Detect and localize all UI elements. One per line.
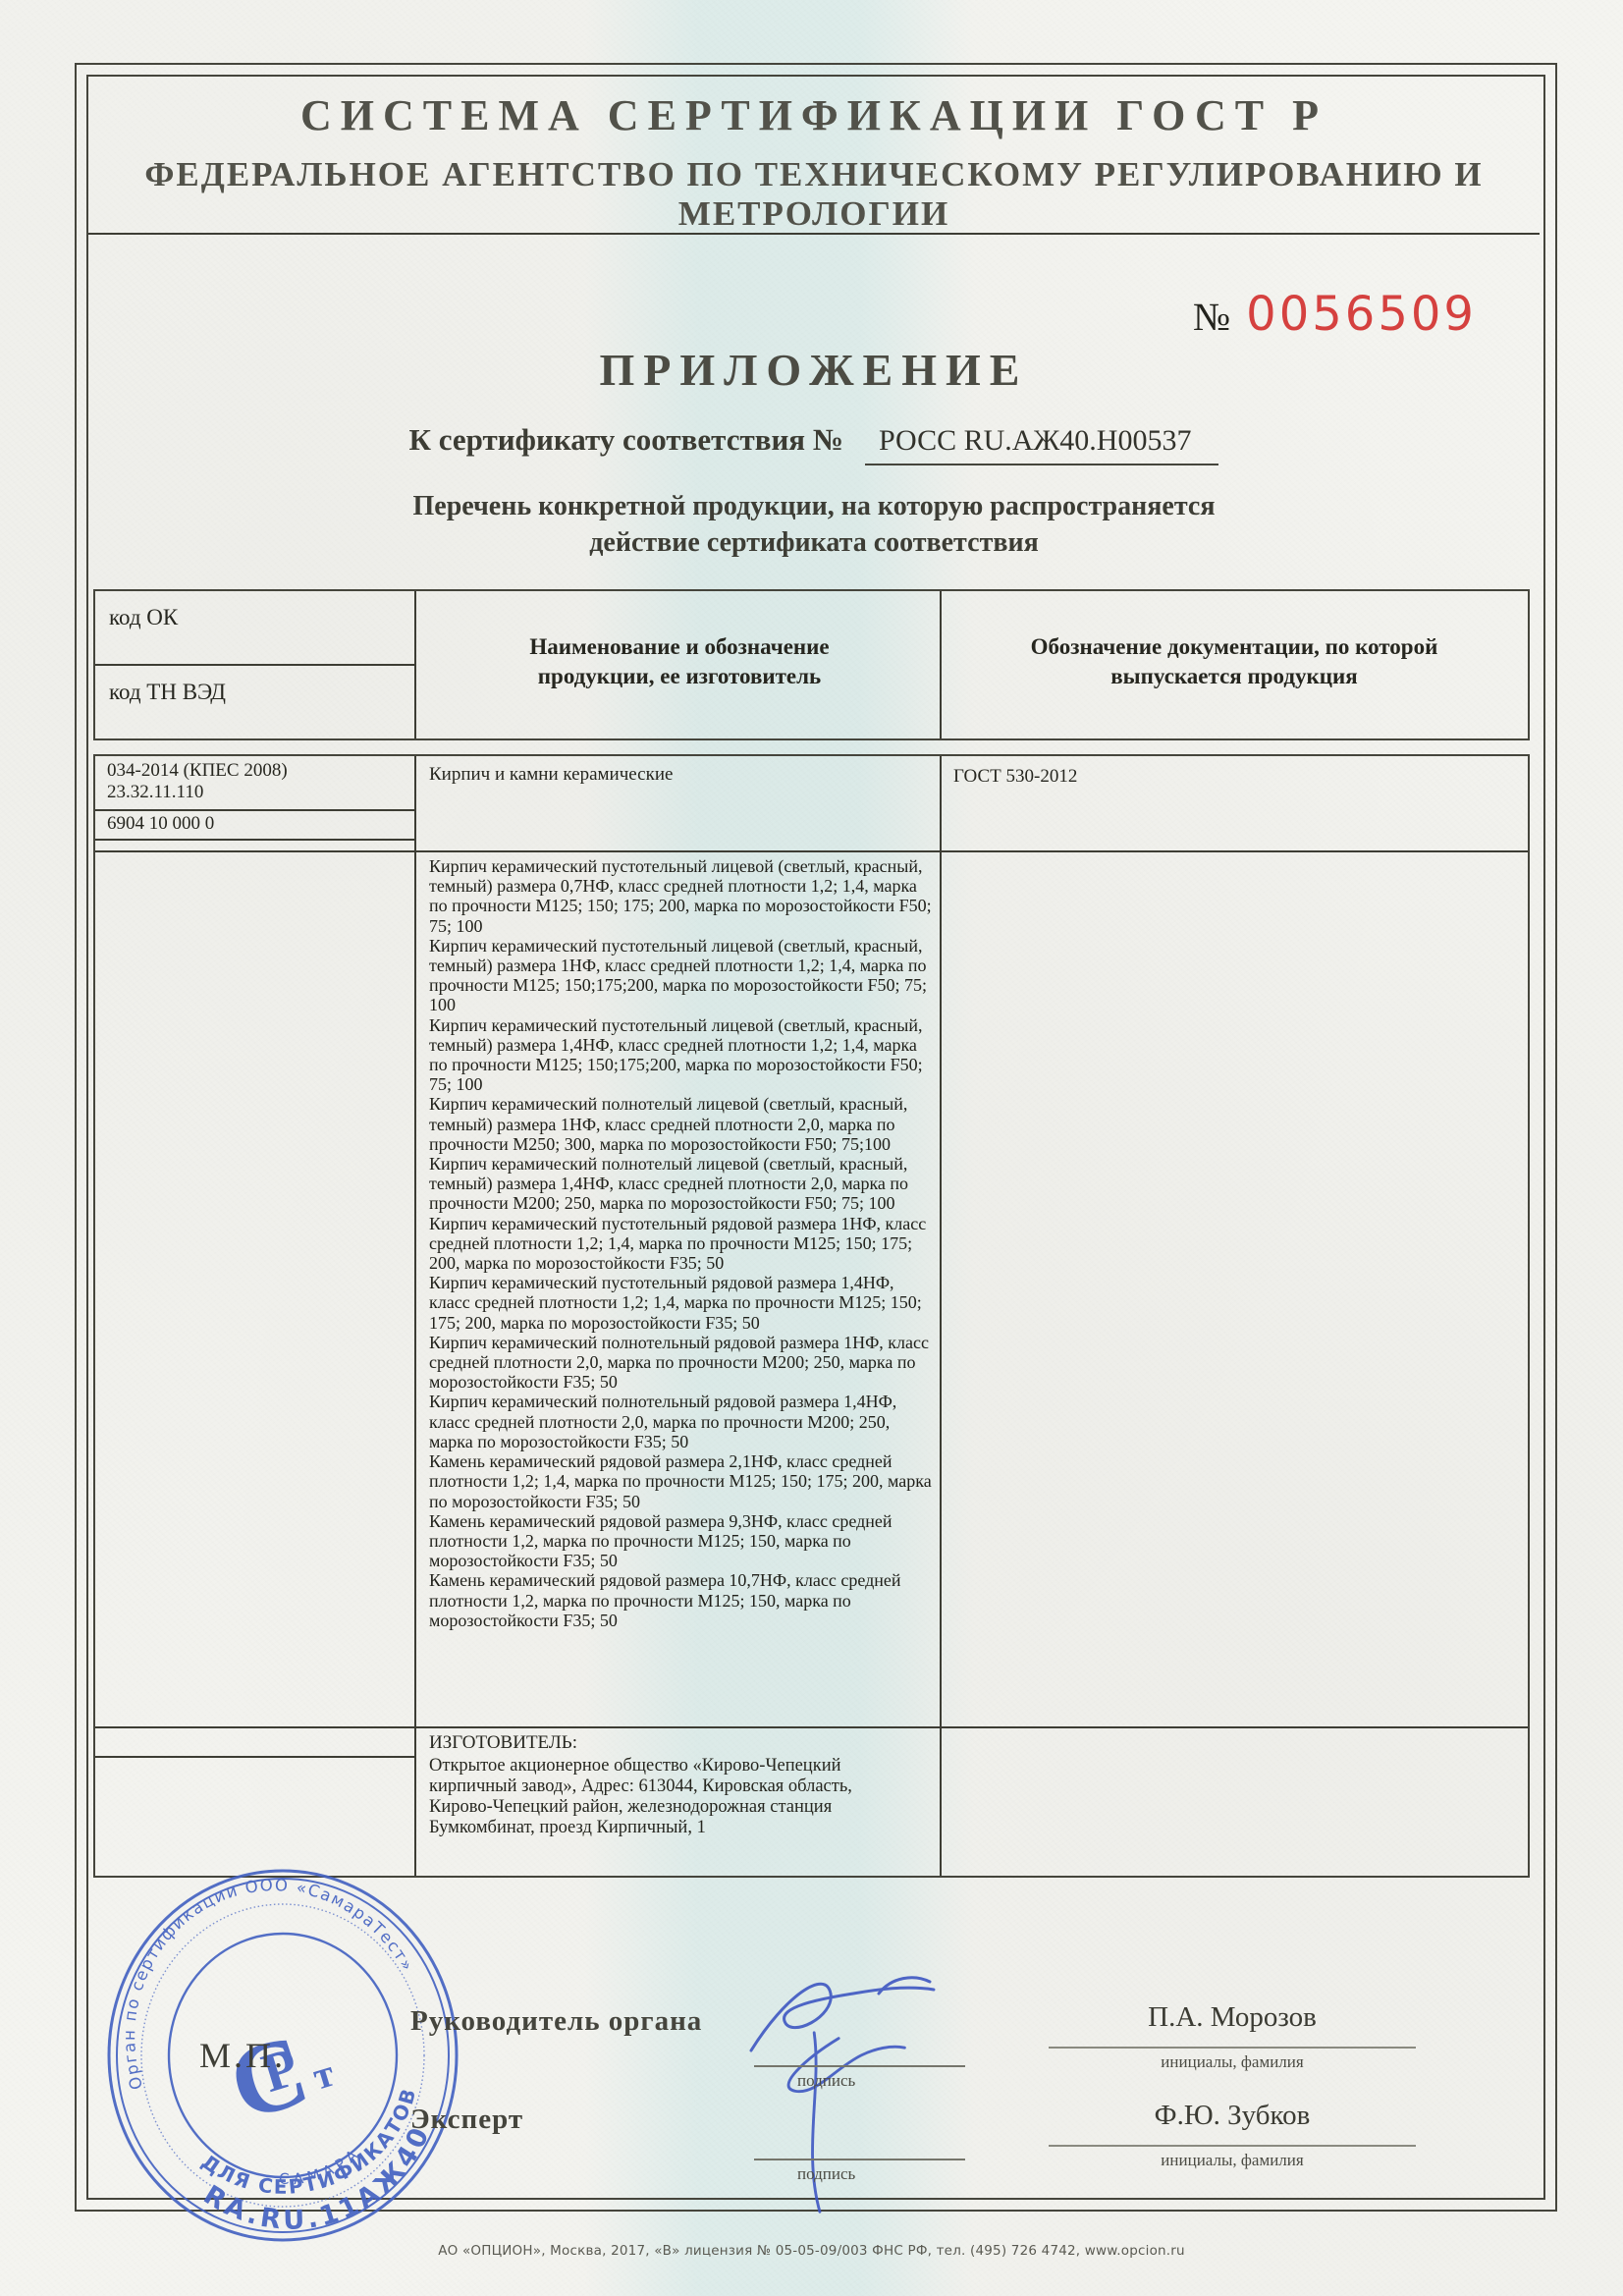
product-item: Кирпич керамический пустотельный лицевой…: [429, 1015, 934, 1095]
product-item: Кирпич керамический пустотельный лицевой…: [429, 936, 934, 1015]
product-item: Кирпич керамический пустотельный рядовой…: [429, 1214, 934, 1274]
tnved-code: 6904 10 000 0: [107, 813, 214, 835]
blank-number-sign: №: [1193, 294, 1230, 340]
seal-mark: М.П.: [199, 2035, 286, 2076]
table-col-divider-2: [940, 591, 942, 738]
col-header-product: Наименование и обозначение продукции, ее…: [473, 632, 886, 691]
manufacturer-row-divider: [95, 1726, 1528, 1728]
agency-title: ФЕДЕРАЛЬНОЕ АГЕНТСТВО ПО ТЕХНИЧЕСКОМУ РЕ…: [75, 155, 1553, 234]
code-header-divider: [95, 664, 414, 666]
row-divider-1: [95, 850, 1528, 852]
blank-number-value: 0056509: [1246, 287, 1477, 342]
head-signature-caption: подпись: [797, 2071, 855, 2091]
col-header-docs: Обозначение документации, по которой вып…: [999, 632, 1470, 691]
head-name-line: [1049, 2047, 1416, 2049]
okpd-code: 23.32.11.110: [107, 782, 203, 803]
printer-imprint: АО «ОПЦИОН», Москва, 2017, «В» лицензия …: [0, 2243, 1623, 2259]
certificate-label: К сертификату соответствия №: [409, 422, 843, 458]
col-header-ok: код ОК: [109, 607, 178, 629]
product-item: Кирпич керамический пустотельный рядовой…: [429, 1273, 934, 1333]
scope-line-1: Перечень конкретной продукции, на котору…: [75, 491, 1553, 522]
head-signature-line: [754, 2065, 965, 2067]
expert-signature: [744, 2029, 941, 2217]
head-name: П.А. Морозов: [1055, 2001, 1409, 2034]
ok-code: 034-2014 (КПЕС 2008): [107, 760, 288, 782]
manufacturer-label: ИЗГОТОВИТЕЛЬ:: [429, 1732, 577, 1754]
manufacturer-text: Открытое акционерное общество «Кирово-Че…: [429, 1756, 873, 1838]
page-title: СИСТЕМА СЕРТИФИКАЦИИ ГОСТ Р: [75, 90, 1553, 140]
product-item: Камень керамический рядовой размера 9,3Н…: [429, 1511, 934, 1571]
doc-reference: ГОСТ 530-2012: [953, 766, 1077, 788]
product-item: Камень керамический рядовой размера 2,1Н…: [429, 1451, 934, 1511]
product-list: Кирпич керамический пустотельный лицевой…: [429, 856, 934, 1630]
expert-signature-line: [754, 2159, 965, 2160]
product-group: Кирпич и камни керамические: [429, 764, 673, 786]
expert-signature-caption2: подпись: [797, 2164, 855, 2184]
expert-role-label: Эксперт: [410, 2104, 523, 2136]
table-body-box: 034-2014 (КПЕС 2008) 23.32.11.110 6904 1…: [93, 754, 1530, 1878]
product-item: Кирпич керамический полнотельный рядовой…: [429, 1392, 934, 1451]
svg-text:т: т: [307, 2050, 339, 2099]
left-col-extra-divider: [95, 1756, 414, 1758]
table-header-box: код ОК код ТН ВЭД Наименование и обознач…: [93, 589, 1530, 740]
blank-number: № 0056509: [1193, 287, 1477, 342]
product-item: Кирпич керамический пустотельный лицевой…: [429, 856, 934, 936]
body-col-divider-2: [940, 756, 942, 1876]
table-col-divider-1: [414, 591, 416, 738]
scanned-certificate-page: { "colors": { "accent_red": "#d5413f", "…: [0, 0, 1623, 2296]
body-col-divider-1: [414, 756, 416, 1876]
codes-divider-2: [95, 839, 414, 841]
head-name-caption: инициалы, фамилия: [1055, 2052, 1409, 2072]
product-item: Камень керамический рядовой размера 10,7…: [429, 1570, 934, 1630]
certificate-line: К сертификату соответствия № РОСС RU.АЖ4…: [75, 422, 1553, 465]
certificate-number: РОСС RU.АЖ40.Н00537: [865, 424, 1219, 465]
product-item: Кирпич керамический полнотелый лицевой (…: [429, 1154, 934, 1214]
expert-name: Ф.Ю. Зубков: [1055, 2100, 1409, 2132]
codes-divider-1: [95, 809, 414, 811]
appendix-title: ПРИЛОЖЕНИЕ: [75, 344, 1553, 396]
expert-name-caption: инициалы, фамилия: [1055, 2151, 1409, 2170]
head-role-label: Руководитель органа: [410, 2005, 702, 2038]
product-item: Кирпич керамический полнотельный рядовой…: [429, 1333, 934, 1393]
col-header-tnved: код ТН ВЭД: [109, 682, 226, 703]
scope-line-2: действие сертификата соответствия: [75, 527, 1553, 559]
product-item: Кирпич керамический полнотелый лицевой (…: [429, 1094, 934, 1154]
expert-name-line: [1049, 2145, 1416, 2147]
